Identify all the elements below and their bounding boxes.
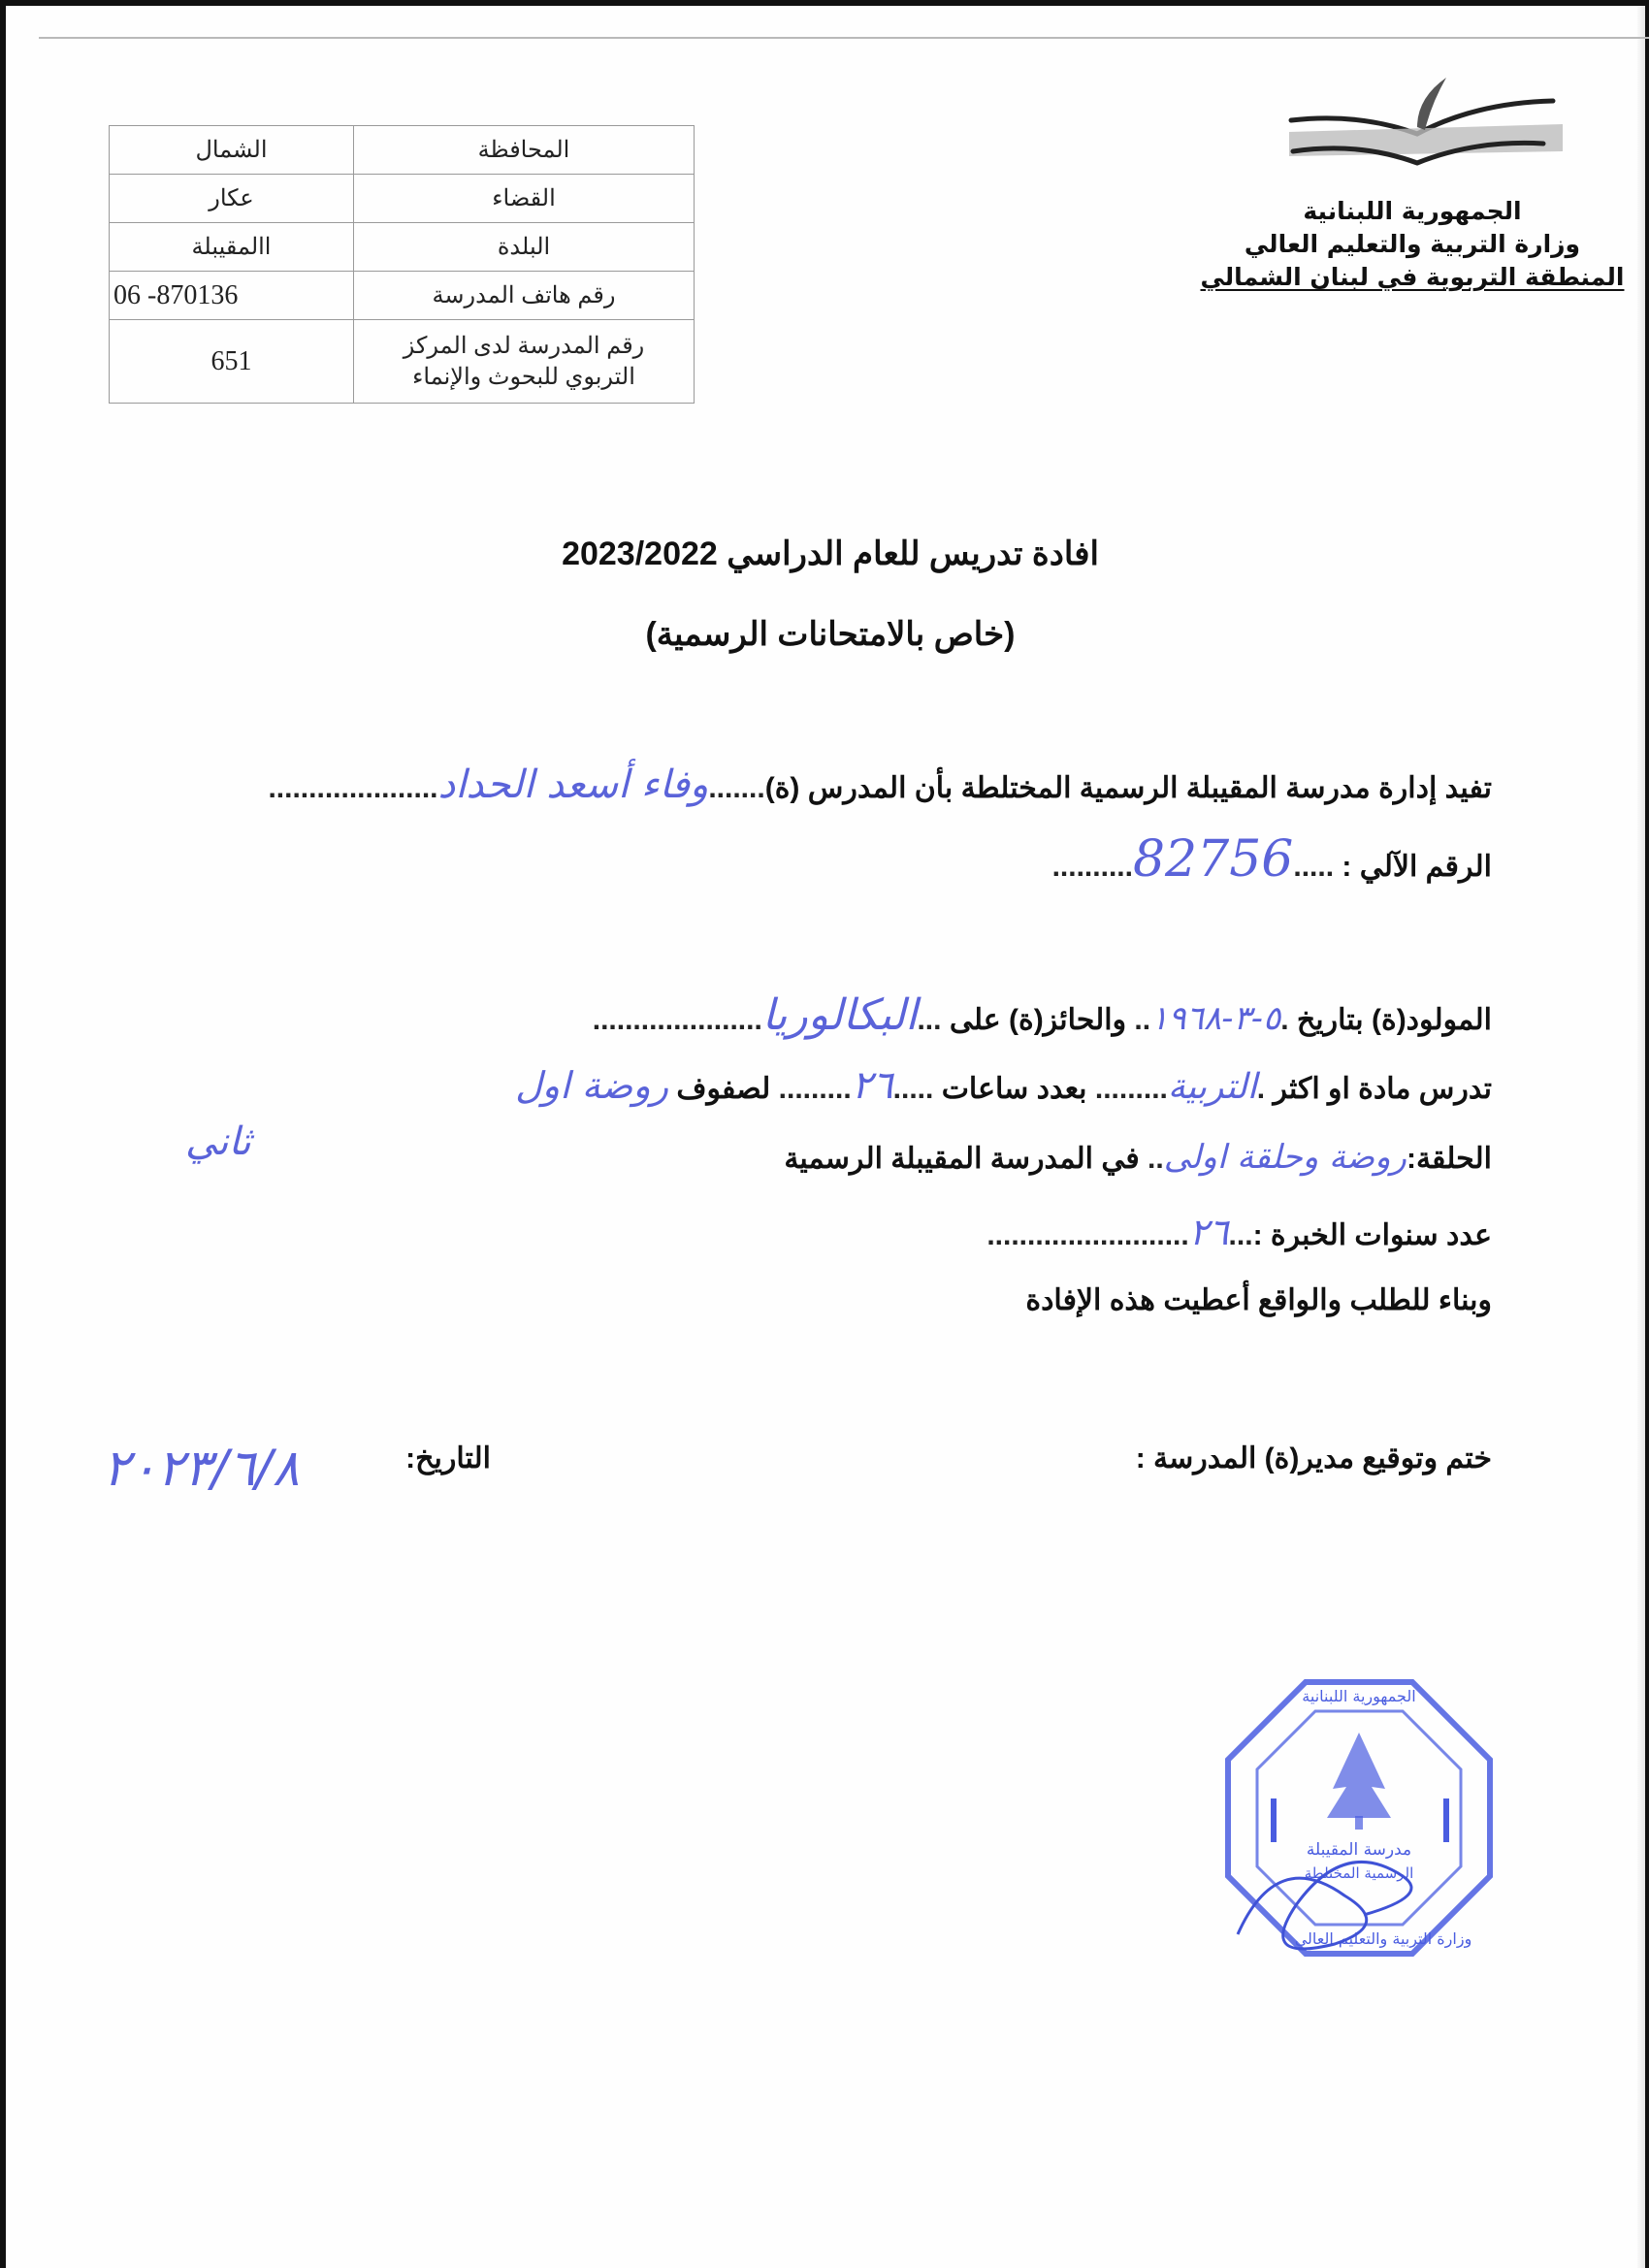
document-subtitle: (خاص بالامتحانات الرسمية) <box>355 615 1306 654</box>
teacher-name-line: تفيد إدارة مدرسة المقيبلة الرسمية المختل… <box>268 762 1492 807</box>
republic-name: الجمهورية اللبنانية <box>1199 195 1626 228</box>
cycle-line: الحلقة:روضة وحلقة اولى.. في المدرسة المق… <box>784 1138 1492 1177</box>
town-value: االمقيبلة <box>110 223 354 272</box>
subject-hours-classes-line: تدرس مادة او اكثر .التربية......... بعدد… <box>515 1063 1492 1108</box>
school-crdp-number-value: 651 <box>110 320 354 404</box>
school-phone-value: 06 -870136 <box>110 272 354 320</box>
closing-statement: وبناء للطلب والواقع أعطيت هذه الإفادة <box>1025 1283 1492 1317</box>
experience-handwritten: ٢٦ <box>1189 1211 1229 1253</box>
hours-handwritten: ٢٦ <box>852 1063 893 1108</box>
open-book-logo-icon <box>1272 74 1582 171</box>
table-row: رقم هاتف المدرسة 06 -870136 <box>110 272 695 320</box>
classes-continued-handwritten: ثاني <box>185 1119 251 1164</box>
dotted-fill: .. <box>1148 1143 1164 1175</box>
dotted-fill: . <box>1280 1004 1288 1036</box>
table-row: المحافظة الشمال <box>110 126 695 175</box>
born-label: المولود(ة) بتاريخ <box>1297 1004 1492 1036</box>
page-edge-shadow <box>1637 6 1645 2268</box>
top-scan-line <box>39 37 1649 39</box>
dotted-fill: ... <box>1229 1219 1253 1251</box>
ministry-header: الجمهورية اللبنانية وزارة التربية والتعل… <box>1199 195 1626 294</box>
table-row: رقم المدرسة لدى المركز التربوي للبحوث وا… <box>110 320 695 404</box>
district-value: عكار <box>110 175 354 223</box>
dotted-fill: ......... <box>1095 1073 1168 1105</box>
date-label: التاريخ: <box>405 1442 491 1475</box>
ministry-name: وزارة التربية والتعليم العالي <box>1199 228 1626 261</box>
label-line: رقم المدرسة لدى المركز <box>354 331 694 362</box>
school-crdp-number-label: رقم المدرسة لدى المركز التربوي للبحوث وا… <box>354 320 695 404</box>
dotted-fill: ......... <box>779 1073 852 1105</box>
district-label: القضاء <box>354 175 695 223</box>
classes-label: لصفوف <box>676 1073 770 1105</box>
stamp-outer-top: الجمهورية اللبنانية <box>1302 1687 1415 1706</box>
region-name: المنطقة التربوية في لبنان الشمالي <box>1199 261 1626 294</box>
dotted-fill: ..... <box>893 1073 934 1105</box>
dotted-fill: ....... <box>708 772 764 804</box>
governorate-label: المحافظة <box>354 126 695 175</box>
dotted-fill: ..... <box>1293 851 1334 883</box>
table-row: البلدة االمقيبلة <box>110 223 695 272</box>
experience-line: عدد سنوات الخبرة :...٢٦.................… <box>986 1211 1492 1253</box>
dotted-fill: ......................... <box>986 1219 1188 1251</box>
birth-degree-line: المولود(ة) بتاريخ .٥-٣-١٩٦٨.. والحائز(ة)… <box>593 990 1492 1040</box>
date-handwritten: ٢٠٢٣/٦/٨ <box>103 1440 300 1498</box>
hours-label: بعدد ساعات <box>942 1073 1087 1105</box>
classes-handwritten: روضة اول <box>515 1064 668 1107</box>
degree-handwritten: البكالوريا <box>762 990 918 1040</box>
school-info-table: المحافظة الشمال القضاء عكار البلدة االمق… <box>109 125 695 404</box>
stamp-school-line1: مدرسة المقيبلة <box>1307 1840 1411 1860</box>
town-label: البلدة <box>354 223 695 272</box>
cycle-label: الحلقة: <box>1406 1143 1492 1175</box>
teacher-name-handwritten: وفاء أسعد الحداد <box>438 762 709 807</box>
scanned-document-page: الجمهورية اللبنانية وزارة التربية والتعل… <box>6 6 1645 2268</box>
label-line: التربوي للبحوث والإنماء <box>354 362 694 393</box>
cycle-handwritten: روضة وحلقة اولى <box>1164 1138 1406 1177</box>
dotted-fill: .. <box>1134 1004 1150 1036</box>
experience-label: عدد سنوات الخبرة : <box>1253 1219 1492 1251</box>
holder-label: والحائز(ة) على <box>950 1004 1126 1036</box>
birth-date-handwritten: ٥-٣-١٩٦٨ <box>1150 999 1280 1038</box>
official-school-stamp-icon: مدرسة المقيبلة الرسمية المختلطة الجمهوري… <box>1218 1672 1500 1963</box>
school-phone-label: رقم هاتف المدرسة <box>354 272 695 320</box>
intro-text: تفيد إدارة مدرسة المقيبلة الرسمية المختل… <box>765 772 1492 804</box>
dotted-fill: ..................... <box>593 1004 762 1036</box>
auto-number-handwritten: 82756 <box>1133 830 1293 889</box>
governorate-value: الشمال <box>110 126 354 175</box>
dotted-fill: ..................... <box>268 772 437 804</box>
document-title: افادة تدريس للعام الدراسي 2023/2022 <box>355 535 1306 573</box>
auto-number-label: الرقم الآلي : <box>1342 851 1492 883</box>
auto-number-line: الرقم الآلي : .....82756.......... <box>1052 830 1492 889</box>
dotted-fill: ... <box>917 1004 941 1036</box>
cycle-suffix: في المدرسة المقيبلة الرسمية <box>784 1143 1139 1175</box>
dotted-fill: .......... <box>1052 851 1133 883</box>
subject-handwritten: التربية <box>1168 1067 1257 1107</box>
dotted-fill: . <box>1257 1073 1265 1105</box>
principal-signature-label: ختم وتوقيع مدير(ة) المدرسة : <box>1136 1442 1492 1475</box>
table-row: القضاء عكار <box>110 175 695 223</box>
teaches-label: تدرس مادة او اكثر <box>1273 1073 1492 1105</box>
